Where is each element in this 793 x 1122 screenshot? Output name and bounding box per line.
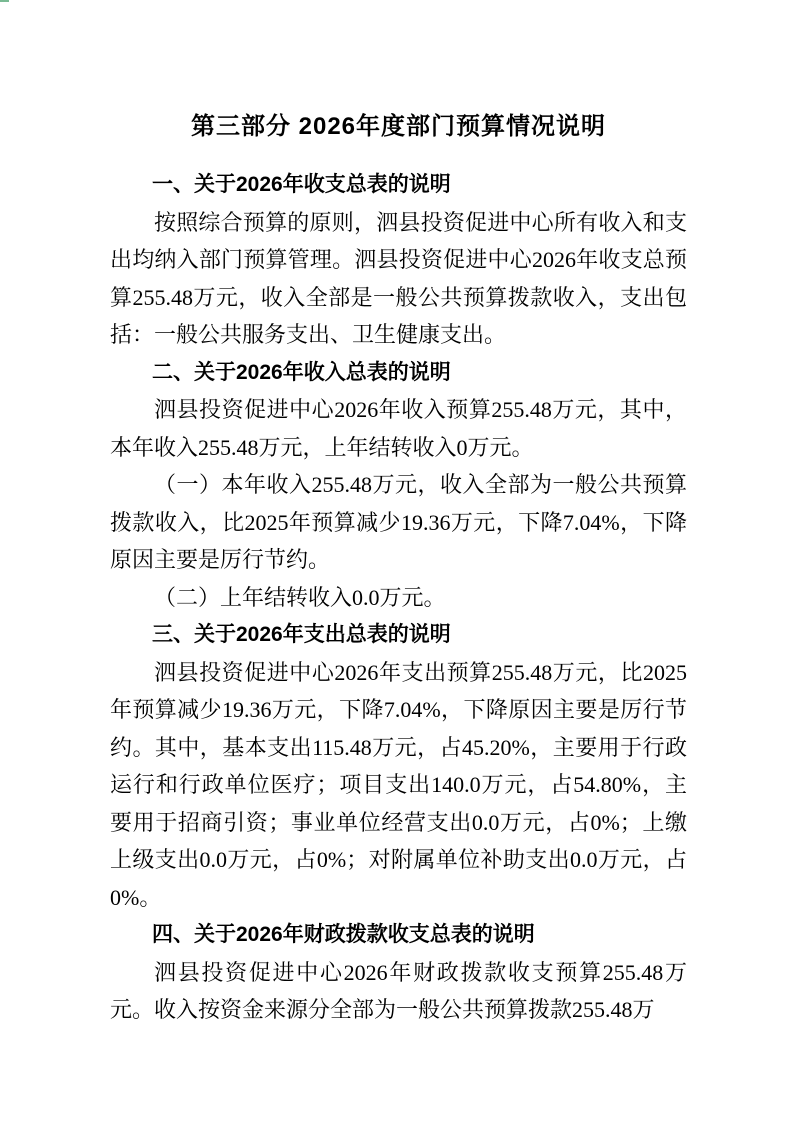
paragraph: （一）本年收入255.48万元，收入全部为一般公共预算拨款收入，比2025年预算… <box>110 466 687 579</box>
paragraph: 泗县投资促进中心2026年支出预算255.48万元，比2025年预算减少19.3… <box>110 654 687 917</box>
page-corner-artifact <box>0 0 9 2</box>
document-body: 一、关于2026年收支总表的说明 按照综合预算的原则，泗县投资促进中心所有收入和… <box>110 166 687 1029</box>
document-page: 第三部分 2026年度部门预算情况说明 一、关于2026年收支总表的说明 按照综… <box>0 0 793 1122</box>
section-heading-income-expense-summary: 一、关于2026年收支总表的说明 <box>110 166 687 204</box>
document-title: 第三部分 2026年度部门预算情况说明 <box>110 105 687 149</box>
section-heading-expense-summary: 三、关于2026年支出总表的说明 <box>110 616 687 654</box>
page-content: 第三部分 2026年度部门预算情况说明 一、关于2026年收支总表的说明 按照综… <box>110 105 687 1029</box>
paragraph: （二）上年结转收入0.0万元。 <box>110 579 687 617</box>
paragraph: 泗县投资促进中心2026年财政拨款收支预算255.48万元。收入按资金来源分全部… <box>110 954 687 1029</box>
paragraph: 按照综合预算的原则，泗县投资促进中心所有收入和支出均纳入部门预算管理。泗县投资促… <box>110 204 687 354</box>
paragraph: 泗县投资促进中心2026年收入预算255.48万元，其中，本年收入255.48万… <box>110 391 687 466</box>
section-heading-income-summary: 二、关于2026年收入总表的说明 <box>110 354 687 392</box>
section-heading-fiscal-appropriation-summary: 四、关于2026年财政拨款收支总表的说明 <box>110 916 687 954</box>
